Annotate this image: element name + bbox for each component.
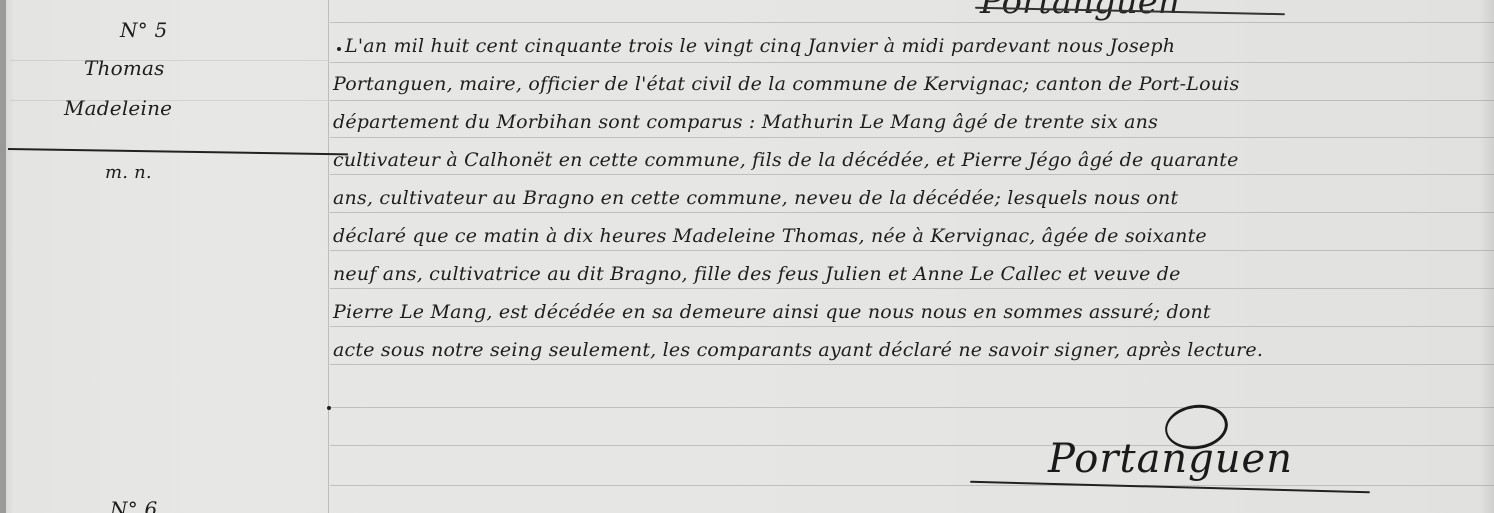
record-line-2: Portanguen, maire, officier de l'état ci… <box>333 73 1239 95</box>
ruled-line <box>330 250 1494 251</box>
record-line-9: acte sous notre seing seulement, les com… <box>333 339 1263 361</box>
ruled-line <box>10 60 328 61</box>
ruled-line <box>330 174 1494 175</box>
ruled-line <box>330 326 1494 327</box>
signature-underline <box>970 481 1370 493</box>
deceased-given-name: Madeleine <box>64 96 172 120</box>
civil-register-page: Portanguen N° 5 Thomas Madeleine m. n. L… <box>0 0 1494 513</box>
deceased-surname: Thomas <box>84 56 165 80</box>
ruled-line <box>330 445 1494 446</box>
record-line-8: Pierre Le Mang, est décédée en sa demeur… <box>333 301 1211 323</box>
entry-number: N° 5 <box>120 18 167 42</box>
ruled-line <box>330 212 1494 213</box>
record-line-4: cultivateur à Calhonët en cette commune,… <box>333 149 1239 171</box>
line-end-dot <box>327 406 331 410</box>
ruled-line <box>330 364 1494 365</box>
ruled-line <box>330 137 1494 138</box>
margin-annotation: m. n. <box>105 162 152 183</box>
page-binding-edge <box>0 0 6 513</box>
margin-line <box>328 0 329 513</box>
line-start-dot <box>337 47 341 51</box>
ruled-line <box>330 22 1494 23</box>
record-line-3: département du Morbihan sont comparus : … <box>333 111 1158 133</box>
entry-separator-line <box>8 148 348 155</box>
ruled-line <box>330 62 1494 63</box>
ruled-line <box>330 485 1494 486</box>
record-line-6: déclaré que ce matin à dix heures Madele… <box>333 225 1207 247</box>
record-line-5: ans, cultivateur au Bragno en cette comm… <box>333 187 1178 209</box>
ruled-line <box>330 100 1494 101</box>
record-line-7: neuf ans, cultivatrice au dit Bragno, fi… <box>333 263 1181 285</box>
ruled-line <box>330 288 1494 289</box>
ruled-line <box>330 407 1494 408</box>
record-line-1: L'an mil huit cent cinquante trois le vi… <box>345 35 1175 57</box>
mayor-signature: Portanguen <box>1048 436 1293 482</box>
next-entry-number: N° 6 <box>110 497 157 513</box>
